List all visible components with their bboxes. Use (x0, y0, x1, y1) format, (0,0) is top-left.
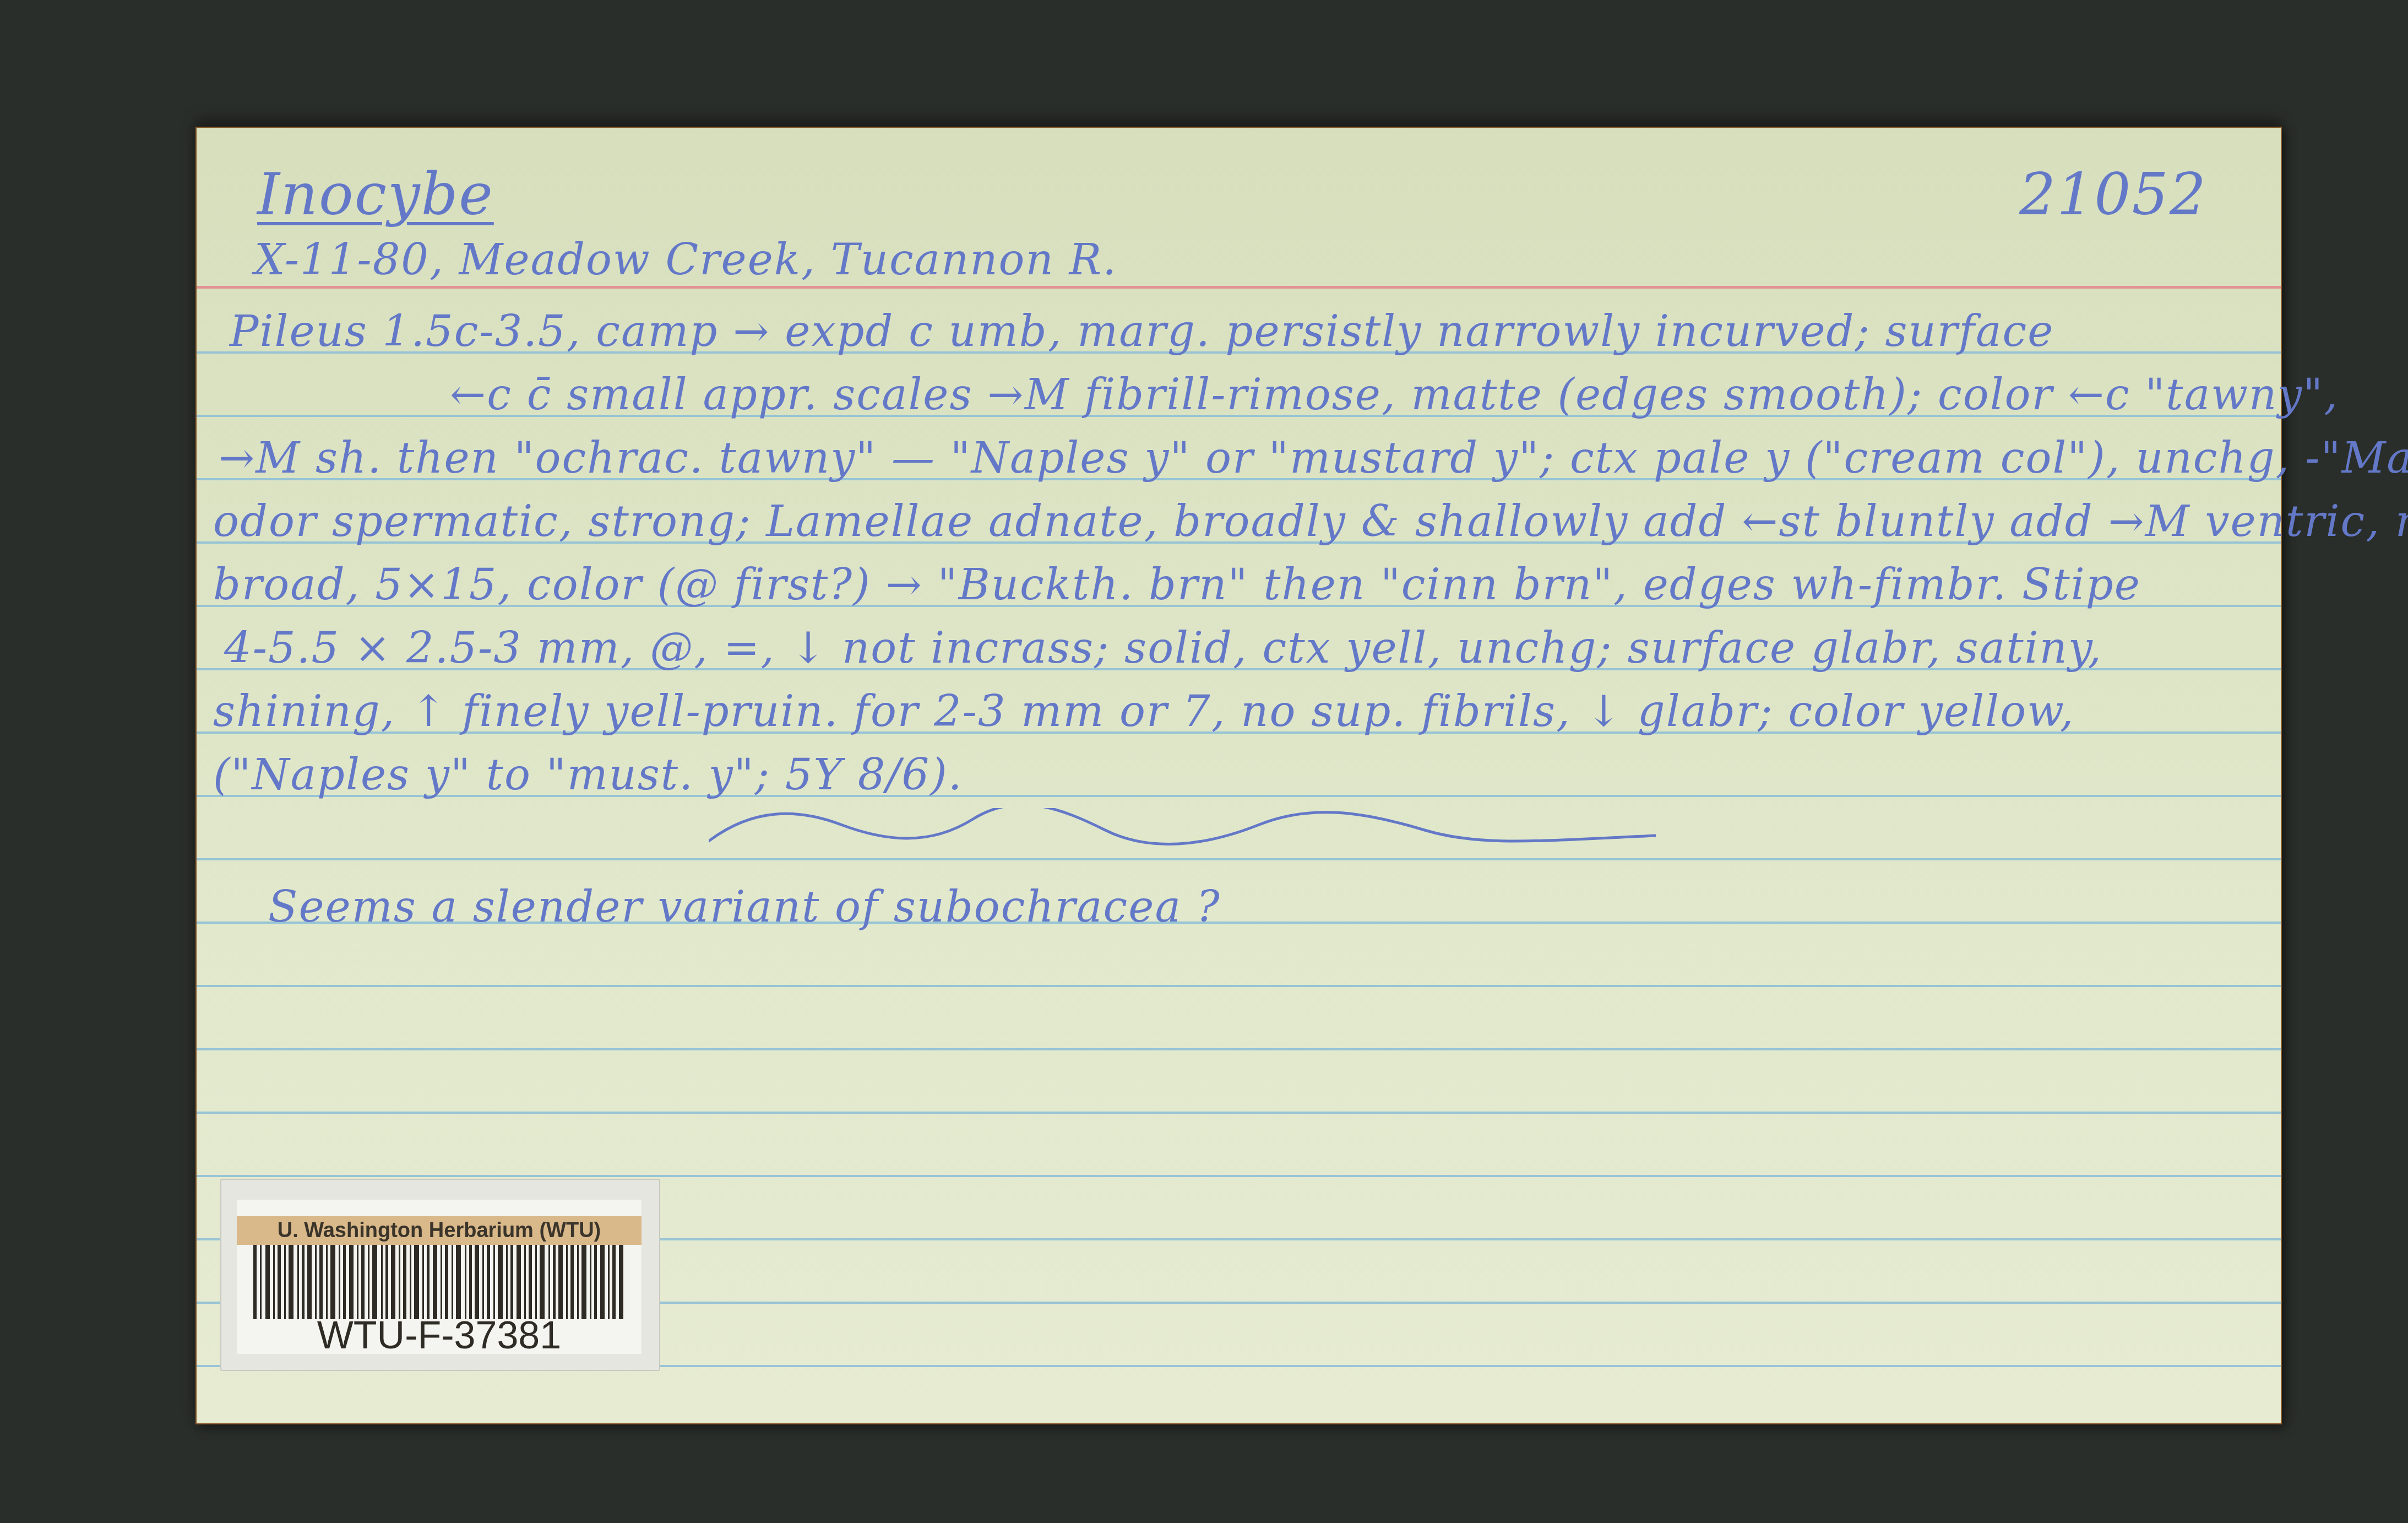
description-line: shining, ↑ finely yell-pruin. for 2-3 mm… (213, 687, 2074, 736)
genus-heading: Inocybe (257, 161, 494, 228)
blue-rule (197, 1048, 2281, 1050)
collection-number: 21052 (2019, 161, 2207, 228)
description-line: odor spermatic, strong; Lamellae adnate,… (213, 497, 2408, 546)
description-line: →M sh. then "ochrac. tawny" — "Naples y"… (219, 433, 2408, 483)
description-line: Pileus 1.5c-3.5, camp → expd c umb, marg… (230, 307, 2054, 356)
blue-rule (197, 1112, 2281, 1114)
description-line: ←c c̄ small appr. scales →M fibrill-rimo… (450, 370, 2339, 420)
blue-rule (197, 985, 2281, 987)
blue-rule (197, 858, 2281, 860)
description-line: broad, 5×15, color (@ first?) → "Buckth.… (213, 560, 2141, 610)
barcode-icon (253, 1245, 625, 1319)
remark-note: Seems a slender variant of subochracea ? (268, 882, 1221, 932)
blue-rule (197, 1175, 2281, 1177)
barcode-id: WTU-F-37381 (237, 1313, 642, 1357)
wavy-separator (709, 808, 1656, 852)
date-locality: X-11-80, Meadow Creek, Tucannon R. (254, 235, 1117, 285)
description-line: ("Naples y" to "must. y"; 5Y 8/6). (213, 750, 963, 800)
herbarium-barcode-label: U. Washington Herbarium (WTU) (220, 1179, 660, 1371)
description-line: 4-5.5 × 2.5-3 mm, @, =, ↓ not incrass; s… (224, 624, 2102, 673)
label-sticker: U. Washington Herbarium (WTU) (237, 1200, 642, 1354)
red-header-rule (197, 286, 2281, 289)
institution-name: U. Washington Herbarium (WTU) (237, 1216, 642, 1245)
